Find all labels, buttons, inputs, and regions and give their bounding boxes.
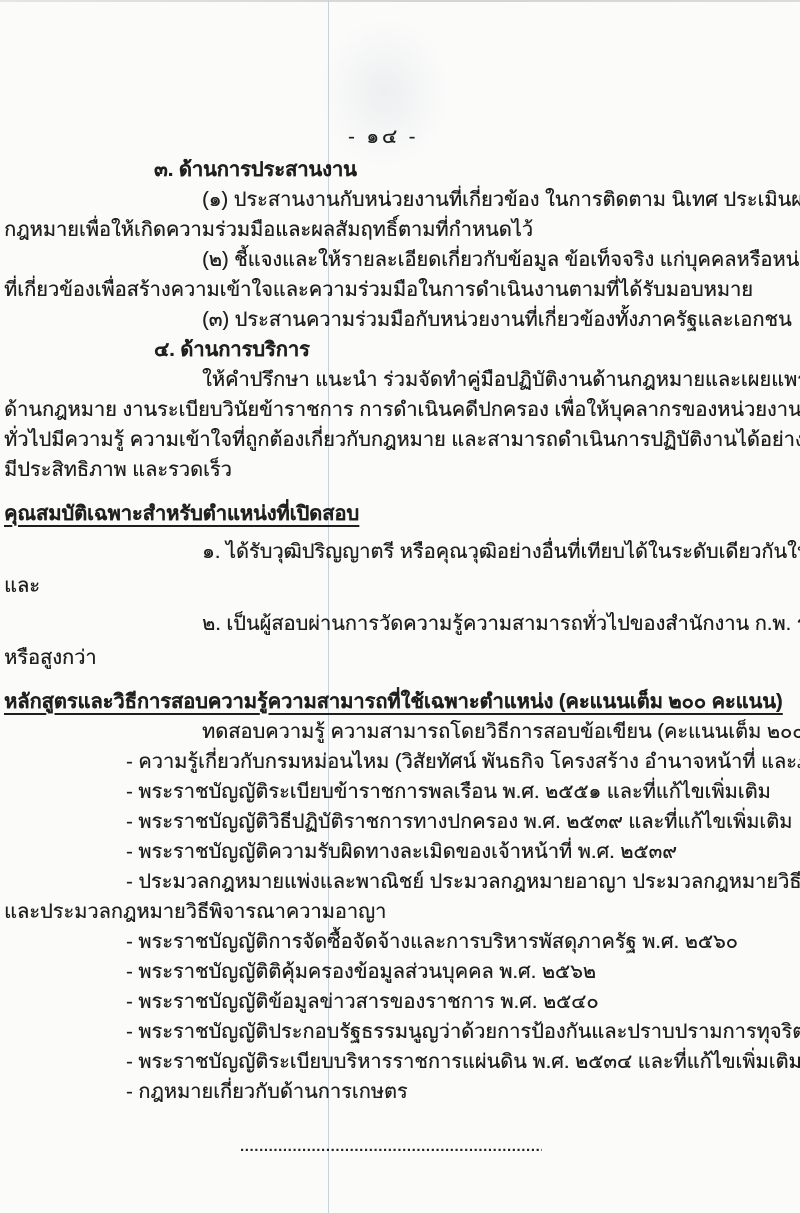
exam-topic-line: - กฎหมายเกี่ยวกับด้านการเกษตร: [126, 1077, 792, 1107]
paragraph-first-line: (๒) ชี้แจงและให้รายละเอียดเกี่ยวกับข้อมู…: [202, 245, 792, 275]
page-number: - ๑๔ -: [348, 120, 418, 152]
qualification-continuation-line: และ: [4, 571, 792, 601]
section-heading-line: ๓. ด้านการประสานงาน: [154, 155, 792, 185]
exam-topic-line: - พระราชบัญญัติความรับผิดทางละเมิดของเจ้…: [126, 837, 792, 867]
underlined-heading: คุณสมบัติเฉพาะสำหรับตำแหน่งที่เปิดสอบ: [4, 499, 792, 529]
exam-topic-line: - พระราชบัญญัติการจัดซื้อจัดจ้างและการบร…: [126, 927, 792, 957]
exam-topic-line: - พระราชบัญญัติวิธีปฏิบัติราชการทางปกครอ…: [126, 807, 792, 837]
exam-topic-line: - พระราชบัญญัติข้อมูลข่าวสารของราชการ พ.…: [126, 987, 792, 1017]
exam-topic-line: - พระราชบัญญัติติคุ้มครองข้อมูลส่วนบุคคล…: [126, 957, 792, 987]
qualification-continuation-line: หรือสูงกว่า: [4, 643, 792, 673]
paragraph-continuation-line: ด้านกฎหมาย งานระเบียบวินัยข้าราชการ การด…: [4, 395, 792, 425]
exam-topic-line: - ความรู้เกี่ยวกับกรมหม่อนไหม (วิสัยทัศน…: [126, 747, 792, 777]
qualification-line: ๒. เป็นผู้สอบผ่านการวัดความรู้ความสามารถ…: [202, 609, 792, 639]
document-body: ๓. ด้านการประสานงาน(๑) ประสานงานกับหน่วย…: [4, 155, 792, 1107]
paragraph-continuation-line: กฎหมายเพื่อให้เกิดความร่วมมือและผลสัมฤทธ…: [4, 215, 792, 245]
paragraph-first-line: ทดสอบความรู้ ความสามารถโดยวิธีการสอบข้อเ…: [202, 717, 792, 747]
document-page: - ๑๔ - ๓. ด้านการประสานงาน(๑) ประสานงานก…: [0, 0, 800, 1213]
paragraph-continuation-line: ทั่วไปมีความรู้ ความเข้าใจที่ถูกต้องเกี่…: [4, 425, 792, 455]
paragraph-continuation-line: ที่เกี่ยวข้องเพื่อสร้างความเข้าใจและความ…: [4, 275, 792, 305]
dotted-separator: ........................................…: [240, 1138, 542, 1158]
underlined-heading: หลักสูตรและวิธีการสอบความรู้ความสามารถที…: [4, 687, 792, 717]
qualification-line: ๑. ได้รับวุฒิปริญญาตรี หรือคุณวุฒิอย่างอ…: [202, 537, 792, 567]
exam-topic-line: - พระราชบัญญัติประกอบรัฐธรรมนูญว่าด้วยกา…: [126, 1017, 792, 1047]
exam-topic-line: - ประมวลกฎหมายแพ่งและพาณิชย์ ประมวลกฎหมา…: [126, 867, 792, 897]
paragraph-first-line: (๓) ประสานความร่วมมือกับหน่วยงานที่เกี่ย…: [202, 305, 792, 335]
paragraph-continuation-line: มีประสิทธิภาพ และรวดเร็ว: [4, 455, 792, 485]
paragraph-continuation-line: และประมวลกฎหมายวิธีพิจารณาความอาญา: [4, 897, 792, 927]
exam-topic-line: - พระราชบัญญัติระเบียบบริหารราชการแผ่นดิ…: [126, 1047, 792, 1077]
paragraph-first-line: (๑) ประสานงานกับหน่วยงานที่เกี่ยวข้อง ใน…: [202, 185, 792, 215]
paragraph-first-line: ให้คำปรึกษา แนะนำ ร่วมจัดทำคู่มือปฏิบัติ…: [202, 365, 792, 395]
scan-edge-artifact: [0, 0, 800, 2]
exam-topic-line: - พระราชบัญญัติระเบียบข้าราชการพลเรือน พ…: [126, 777, 792, 807]
section-heading-line: ๔. ด้านการบริการ: [154, 335, 792, 365]
